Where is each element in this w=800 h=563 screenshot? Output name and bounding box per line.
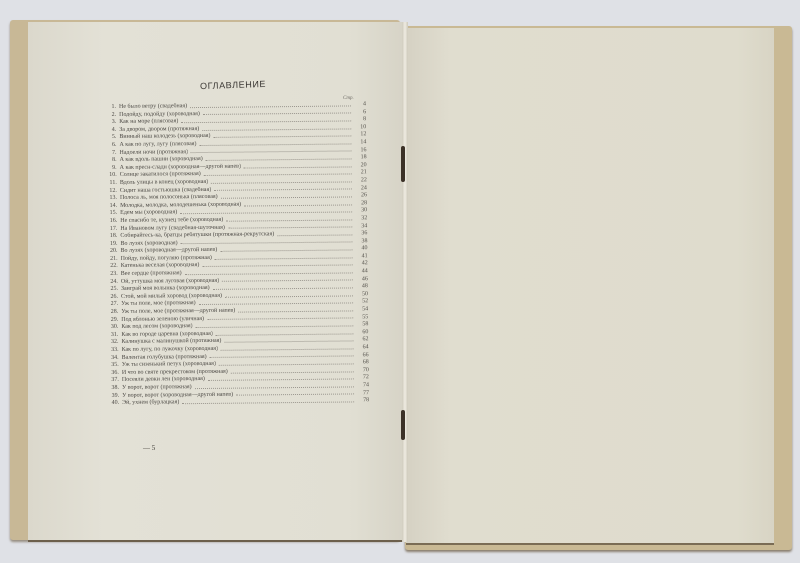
toc-leader-dots — [181, 241, 353, 245]
toc-entry-number: 29. — [108, 317, 118, 325]
toc-leader-dots — [182, 400, 354, 404]
toc-entry-page: 32 — [355, 215, 367, 223]
toc-leader-dots — [210, 355, 354, 359]
toc-leader-dots — [277, 233, 352, 236]
toc-entry-number: 31. — [108, 332, 118, 340]
open-book: ОГЛАВЛЕНИЕ Стр. 1.Не было ветру (свадебн… — [0, 0, 800, 563]
toc-leader-dots — [236, 393, 354, 396]
toc-leader-dots — [226, 218, 352, 221]
toc-leader-dots — [215, 256, 353, 259]
book-gutter — [402, 22, 408, 542]
toc-entry-number: 34. — [109, 354, 119, 362]
toc-entry-number: 35. — [109, 362, 119, 370]
toc-entry-page: 44 — [356, 268, 368, 276]
toc-leader-dots — [244, 165, 352, 168]
toc-entry-page: 55 — [356, 314, 368, 322]
toc-leader-dots — [206, 157, 352, 161]
toc-entry-number: 1. — [106, 104, 116, 112]
toc-leader-dots — [207, 317, 353, 321]
toc-entry-number: 37. — [109, 377, 119, 385]
toc-entry-page: 46 — [356, 276, 368, 284]
toc-leader-dots — [214, 135, 352, 138]
toc-entry-number: 16. — [107, 218, 117, 226]
toc-entry-number: 36. — [109, 370, 119, 378]
toc-entry-page: 4 — [354, 101, 366, 109]
toc-entry-page: 12 — [354, 132, 366, 140]
toc-entry-page: 50 — [356, 291, 368, 299]
toc-entry-number: 19. — [107, 241, 117, 249]
toc-entry-page: 58 — [356, 321, 368, 329]
toc-entry-page: 66 — [357, 352, 369, 360]
toc-leader-dots — [191, 150, 352, 154]
toc-entry-page: 78 — [357, 397, 369, 405]
toc-entry-page: 10 — [354, 124, 366, 132]
toc-entry-page: 21 — [355, 170, 367, 178]
toc-entry-page: 26 — [355, 192, 367, 200]
toc-entry-page: 41 — [356, 253, 368, 261]
toc-entry-number: 15. — [107, 210, 117, 218]
toc-entry-title: Молодка, молодка, молодешенька (хороводн… — [120, 201, 241, 210]
toc-leader-dots — [202, 127, 351, 131]
toc-entry-page: 62 — [356, 337, 368, 345]
toc-leader-dots — [202, 264, 352, 268]
toc-leader-dots — [224, 340, 353, 343]
toc-entry-number: 13. — [107, 195, 117, 203]
toc-entry-number: 30. — [108, 324, 118, 332]
toc-leader-dots — [219, 362, 354, 365]
toc-entry-number: 12. — [107, 187, 117, 195]
toc-entry-number: 5. — [106, 134, 116, 142]
toc-entry-page: 22 — [355, 177, 367, 185]
toc-leader-dots — [203, 112, 351, 116]
toc-leader-dots — [214, 188, 352, 191]
toc-entry-page: 20 — [355, 162, 367, 170]
toc-entry-page: 54 — [356, 306, 368, 314]
toc-entry-page: 60 — [356, 329, 368, 337]
toc-entry-page: 18 — [355, 154, 367, 162]
toc-entry-number: 25. — [108, 286, 118, 294]
toc-entry-number: 2. — [106, 111, 116, 119]
toc-entry-number: 28. — [108, 309, 118, 317]
toc-entry-page: 34 — [355, 223, 367, 231]
toc-leader-dots — [220, 249, 352, 252]
toc-entry-number: 20. — [108, 248, 118, 256]
toc-leader-dots — [231, 370, 354, 373]
toc-entry-number: 33. — [109, 347, 119, 355]
table-of-contents: 1.Не было ветру (свадебная)42.Подойду, п… — [106, 101, 369, 407]
toc-leader-dots — [238, 309, 353, 312]
toc-entry-number: 32. — [108, 339, 118, 347]
toc-entry-number: 40. — [109, 400, 119, 408]
toc-leader-dots — [213, 286, 353, 289]
toc-entry-page: 28 — [355, 200, 367, 208]
toc-entry-page: 40 — [355, 246, 367, 254]
toc-entry-title: Собирайтесь-ка, братцы ребятушки (протяж… — [120, 231, 274, 240]
staple-top — [401, 146, 405, 182]
toc-entry-page: 16 — [354, 147, 366, 155]
toc-leader-dots — [211, 180, 352, 183]
toc-entry-number: 9. — [107, 165, 117, 173]
toc-entry-number: 8. — [107, 157, 117, 165]
toc-entry-number: 39. — [109, 392, 119, 400]
toc-leader-dots — [185, 271, 353, 275]
toc-page-column-label: Стр. — [343, 96, 354, 101]
toc-entry-page: 14 — [354, 139, 366, 147]
toc-leader-dots — [228, 226, 352, 229]
toc-entry-page: 72 — [357, 375, 369, 383]
toc-entry-page: 64 — [357, 344, 369, 352]
right-page-blank — [406, 28, 774, 545]
toc-entry-title: Эй, ухнем (бурлацкая) — [122, 399, 179, 407]
toc-entry-number: 26. — [108, 294, 118, 302]
toc-entry-number: 17. — [107, 225, 117, 233]
toc-leader-dots — [195, 385, 354, 389]
toc-leader-dots — [181, 119, 351, 123]
toc-entry-page: 74 — [357, 382, 369, 390]
toc-entry-number: 11. — [107, 180, 117, 188]
toc-entry-page: 30 — [355, 208, 367, 216]
toc-entry-number: 10. — [107, 172, 117, 180]
toc-entry-page: 38 — [355, 238, 367, 246]
toc-entry-number: 14. — [107, 203, 117, 211]
toc-entry-page: 24 — [355, 185, 367, 193]
toc-leader-dots — [221, 195, 352, 198]
toc-entry-number: 6. — [106, 142, 116, 150]
toc-leader-dots — [208, 378, 354, 382]
toc-entry-page: 42 — [356, 261, 368, 269]
toc-entry-number: 4. — [106, 127, 116, 135]
toc-leader-dots — [221, 347, 354, 350]
toc-entry-page: 68 — [357, 359, 369, 367]
toc-entry-number: 24. — [108, 279, 118, 287]
toc-entry-number: 18. — [107, 233, 117, 241]
toc-leader-dots — [196, 324, 354, 328]
toc-entry-page: 6 — [354, 109, 366, 117]
toc-entry-page: 70 — [357, 367, 369, 375]
toc-entry-number: 22. — [108, 263, 118, 271]
toc-entry-number: 21. — [108, 256, 118, 264]
toc-entry-page: 77 — [357, 390, 369, 398]
toc-leader-dots — [199, 302, 353, 306]
toc-entry-page: 36 — [355, 230, 367, 238]
toc-entry-page: 8 — [354, 116, 366, 124]
toc-entry-page: 48 — [356, 284, 368, 292]
toc-entry-number: 23. — [108, 271, 118, 279]
toc-leader-dots — [225, 294, 353, 297]
page-folio: — 5 — [143, 444, 155, 452]
toc-entry-number: 38. — [109, 385, 119, 393]
toc-entry-number: 7. — [106, 149, 116, 157]
toc-leader-dots — [190, 104, 351, 108]
toc-leader-dots — [216, 332, 354, 335]
toc-entry-number: 27. — [108, 301, 118, 309]
staple-bottom — [401, 410, 405, 440]
toc-leader-dots — [180, 211, 352, 215]
toc-leader-dots — [244, 203, 352, 206]
toc-entry-number: 3. — [106, 119, 116, 127]
toc-leader-dots — [204, 173, 352, 177]
toc-leader-dots — [222, 279, 353, 282]
toc-entry-page: 52 — [356, 299, 368, 307]
toc-leader-dots — [199, 142, 351, 146]
